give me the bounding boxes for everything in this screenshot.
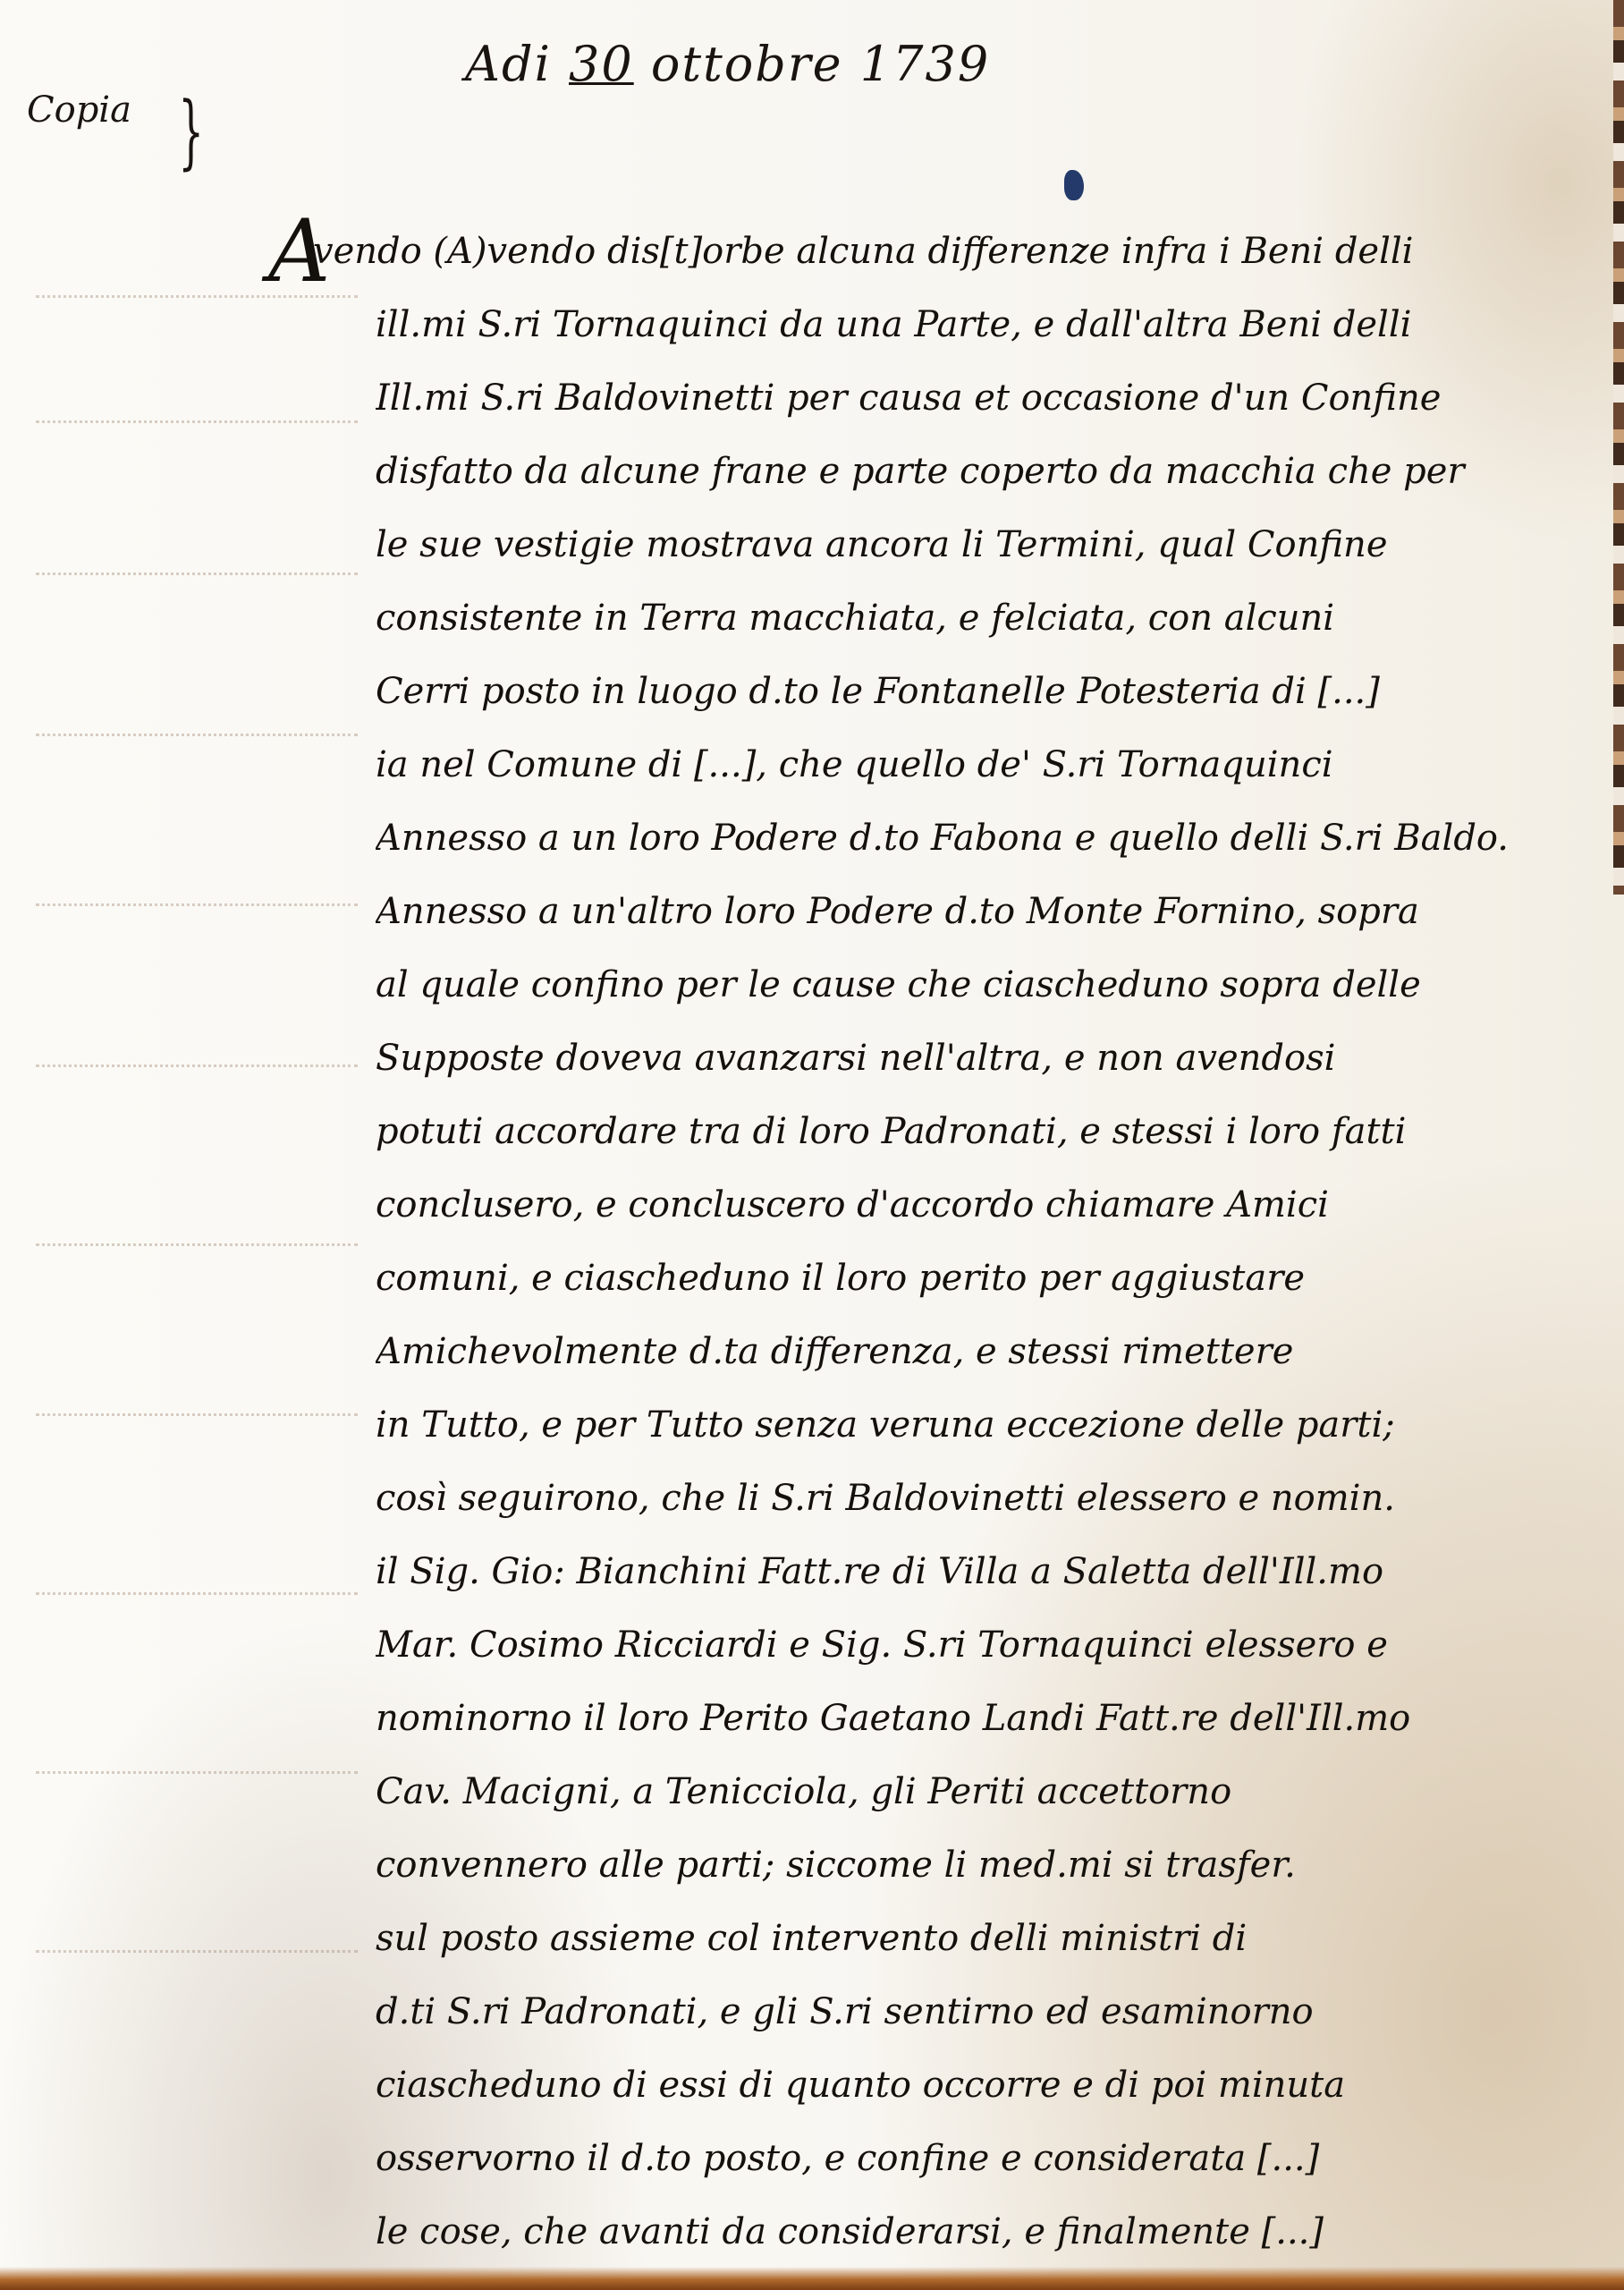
manuscript-line: d.ti S.ri Padronati, e gli S.ri sentirno…	[376, 1975, 1610, 2048]
manuscript-line: disfatto da alcune frane e parte coperto…	[376, 435, 1610, 508]
date-day: 30	[569, 36, 634, 92]
manuscript-line: in Tutto, e per Tutto senza veruna eccez…	[376, 1388, 1610, 1462]
manuscript-line: le cose, che avanti da considerarsi, e f…	[376, 2195, 1610, 2269]
manuscript-line: Mar. Cosimo Ricciardi e Sig. S.ri Tornaq…	[376, 1608, 1610, 1682]
manuscript-line: Cav. Macigni, a Tenicciola, gli Periti a…	[376, 1755, 1610, 1828]
bleed-through-line	[36, 903, 358, 907]
bleed-through-line	[36, 1413, 358, 1417]
manuscript-line: al quale confino per le cause che ciasch…	[376, 948, 1610, 1022]
manuscript-line: potuti accordare tra di loro Padronati, …	[376, 1095, 1610, 1168]
manuscript-line: Annesso a un loro Podere d.to Fabona e q…	[376, 801, 1610, 875]
ink-blot-icon	[1064, 170, 1084, 200]
brace-flourish-icon: }	[178, 85, 204, 179]
bleed-through-line	[36, 1243, 358, 1247]
manuscript-line: consistente in Terra macchiata, e felcia…	[376, 581, 1610, 655]
manuscript-line: comuni, e ciascheduno il loro perito per…	[376, 1242, 1610, 1315]
manuscript-line: ill.mi S.ri Tornaquinci da una Parte, e …	[376, 288, 1610, 361]
manuscript-line: convennero alle parti; siccome li med.mi…	[376, 1828, 1610, 1902]
bleed-through-line	[36, 1592, 358, 1596]
manuscript-line: Annesso a un'altro loro Podere d.to Mont…	[376, 875, 1610, 948]
manuscript-line: il Sig. Gio: Bianchini Fatt.re di Villa …	[376, 1535, 1610, 1608]
bleed-through-line	[36, 1950, 358, 1954]
bleed-through-line	[36, 734, 358, 737]
date-prefix: Adi	[465, 36, 569, 92]
manuscript-line: Cerri posto in luogo d.to le Fontanelle …	[376, 655, 1610, 728]
manuscript-line: ciascheduno di essi di quanto occorre e …	[376, 2048, 1610, 2122]
manuscript-body: vendo (A)vendo dis[t]orbe alcuna differe…	[376, 215, 1610, 2269]
page-bottom-edge	[0, 2267, 1624, 2290]
page-right-edge	[1613, 0, 1624, 895]
document-date-header: Adi 30 ottobre 1739	[465, 36, 990, 92]
manuscript-line: vendo (A)vendo dis[t]orbe alcuna differe…	[313, 215, 1610, 288]
manuscript-line: sul posto assieme col intervento delli m…	[376, 1902, 1610, 1975]
manuscript-line: osservorno il d.to posto, e confine e co…	[376, 2122, 1610, 2195]
manuscript-line: Ill.mi S.ri Baldovinetti per causa et oc…	[376, 361, 1610, 435]
manuscript-line: Supposte doveva avanzarsi nell'altra, e …	[376, 1022, 1610, 1095]
bleed-through-line	[36, 572, 358, 576]
marginal-note: Copia	[27, 89, 131, 131]
date-month-year: ottobre 1739	[634, 36, 991, 92]
manuscript-line: così seguirono, che li S.ri Baldovinetti…	[376, 1462, 1610, 1535]
bleed-through-line	[36, 1064, 358, 1068]
manuscript-line: le sue vestigie mostrava ancora li Termi…	[376, 508, 1610, 581]
bleed-through-line	[36, 1771, 358, 1775]
manuscript-page: Adi 30 ottobre 1739 Copia } A vendo (A)v…	[0, 0, 1624, 2290]
bleed-through-line	[36, 420, 358, 424]
manuscript-line: nominorno il loro Perito Gaetano Landi F…	[376, 1682, 1610, 1755]
manuscript-line: conclusero, e concluscero d'accordo chia…	[376, 1168, 1610, 1242]
manuscript-line: Amichevolmente d.ta differenza, e stessi…	[376, 1315, 1610, 1388]
manuscript-line: ia nel Comune di [...], che quello de' S…	[376, 728, 1610, 801]
